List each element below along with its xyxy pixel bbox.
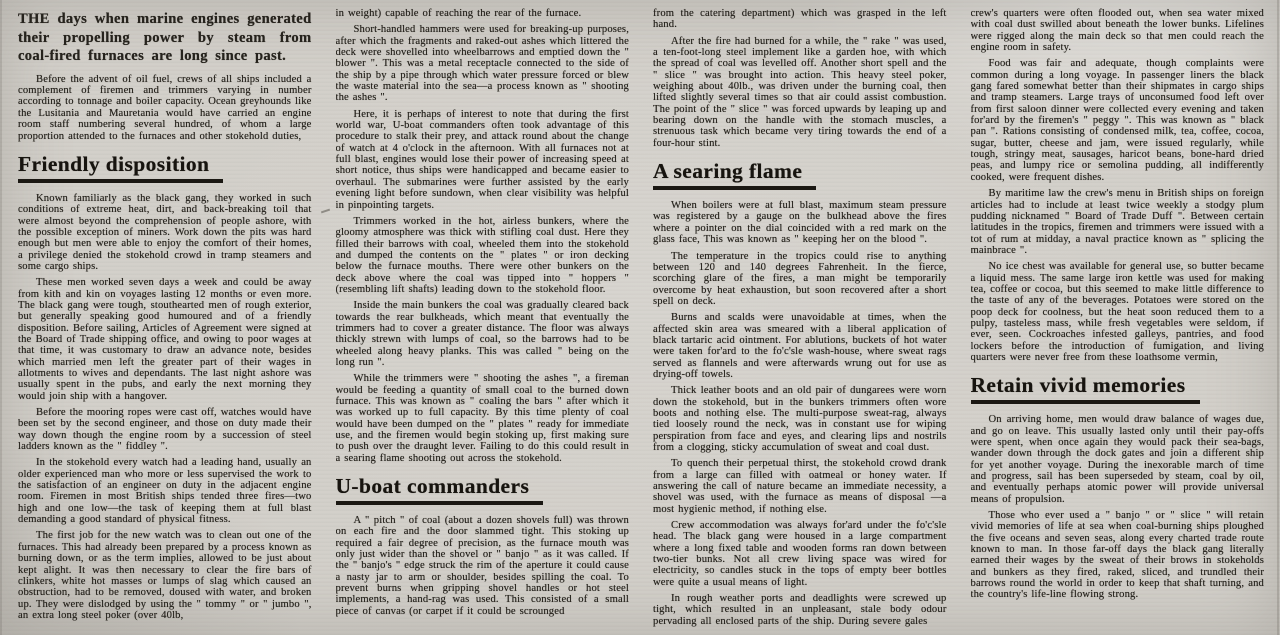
paragraph: Before the advent of oil fuel, crews of … (18, 74, 312, 142)
paragraph: On arriving home, men would draw balance… (971, 414, 1265, 505)
paragraph: Thick leather boots and an old pair of d… (653, 385, 947, 453)
section-heading-text: Retain vivid memories (971, 374, 1200, 404)
paragraph: In rough weather ports and deadlights we… (653, 593, 947, 627)
section-heading-text: Friendly disposition (18, 153, 223, 183)
paragraph: Known familiarly as the black gang, they… (18, 193, 312, 272)
paragraph: Before the mooring ropes were cast off, … (18, 407, 312, 452)
paragraph: Crew accommodation was always for'ard un… (653, 520, 947, 588)
continuation-paragraph: in weight) capable of reaching the rear … (336, 8, 630, 19)
section-heading: A searing flame (653, 160, 947, 190)
lead-paragraph: THE days when marine engines generated t… (18, 10, 312, 66)
continuation-paragraph: crew's quarters were often flooded out, … (971, 8, 1265, 53)
paragraph: Short-handled hammers were used for brea… (336, 24, 630, 103)
section-heading: U-boat commanders (336, 475, 630, 505)
paragraph: Inside the main bunkers the coal was gra… (336, 300, 630, 368)
paragraph: After the fire had burned for a while, t… (653, 36, 947, 149)
paragraph: A " pitch " of coal (about a dozen shove… (336, 515, 630, 617)
paragraph: The temperature in the tropics could ris… (653, 251, 947, 308)
paragraph: The first job for the new watch was to c… (18, 530, 312, 621)
paragraph: These men worked seven days a week and c… (18, 277, 312, 402)
paragraph: While the trimmers were " shooting the a… (336, 373, 630, 464)
article-columns: THE days when marine engines generated t… (0, 0, 1280, 635)
section-heading-text: A searing flame (653, 160, 816, 190)
paragraph: Here, it is perhaps of interest to note … (336, 109, 630, 211)
paragraph: No ice chest was available for general u… (971, 261, 1265, 363)
paragraph: Trimmers worked in the hot, airless bunk… (336, 216, 630, 295)
paragraph: When boilers were at full blast, maximum… (653, 200, 947, 245)
section-heading-text: U-boat commanders (336, 475, 544, 505)
newspaper-page: THE days when marine engines generated t… (0, 0, 1280, 635)
article-column-2: in weight) capable of reaching the rear … (336, 8, 630, 635)
section-heading: Retain vivid memories (971, 374, 1265, 404)
paragraph: Food was fair and adequate, though compl… (971, 58, 1265, 183)
article-column-3: from the catering department) which was … (653, 8, 947, 635)
article-column-1: THE days when marine engines generated t… (18, 8, 312, 635)
paragraph: By maritime law the crew's menu in Briti… (971, 188, 1265, 256)
continuation-paragraph: from the catering department) which was … (653, 8, 947, 31)
paragraph: Those who ever used a " banjo " or " sli… (971, 510, 1265, 601)
paragraph: To quench their perpetual thirst, the st… (653, 458, 947, 515)
paragraph: In the stokehold every watch had a leadi… (18, 457, 312, 525)
section-heading: Friendly disposition (18, 153, 312, 183)
paragraph: Burns and scalds were unavoidable at tim… (653, 312, 947, 380)
article-column-4: crew's quarters were often flooded out, … (971, 8, 1265, 635)
